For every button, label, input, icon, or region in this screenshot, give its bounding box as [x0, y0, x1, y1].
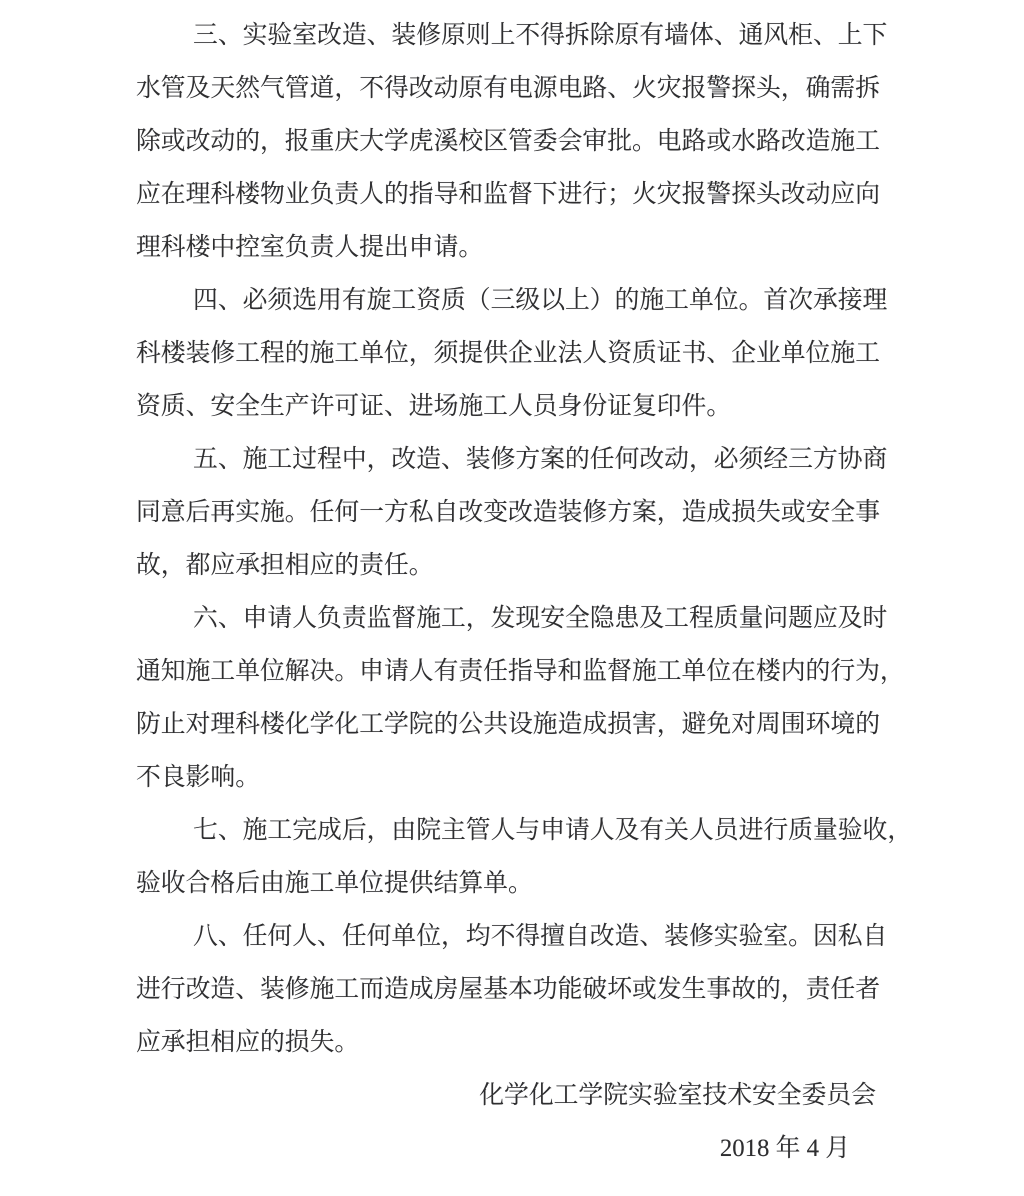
text-line: 除或改动的，报重庆大学虎溪校区管委会审批。电路或水路改造施工: [136, 115, 880, 168]
paragraph-clause-6: 六、申请人负责监督施工，发现安全隐患及工程质量问题应及时 通知施工单位解决。申请…: [136, 592, 880, 804]
document-page: 三、实验室改造、装修原则上不得拆除原有墙体、通风柜、上下 水管及天然气管道，不得…: [0, 0, 1024, 1196]
text-line: 科楼装修工程的施工单位，须提供企业法人资质证书、企业单位施工: [136, 327, 880, 380]
paragraph-clause-8: 八、任何人、任何单位，均不得擅自改造、装修实验室。因私自 进行改造、装修施工而造…: [136, 910, 880, 1069]
text-line: 应承担相应的损失。: [136, 1016, 880, 1069]
text-line: 防止对理科楼化学化工学院的公共设施造成损害，避免对周围环境的: [136, 698, 880, 751]
text-line: 同意后再实施。任何一方私自改变改造装修方案，造成损失或安全事: [136, 486, 880, 539]
paragraph-clause-3: 三、实验室改造、装修原则上不得拆除原有墙体、通风柜、上下 水管及天然气管道，不得…: [136, 9, 880, 274]
text-line: 验收合格后由施工单位提供结算单。: [136, 857, 880, 910]
text-line: 三、实验室改造、装修原则上不得拆除原有墙体、通风柜、上下: [136, 9, 880, 62]
text-line: 七、施工完成后，由院主管人与申请人及有关人员进行质量验收，: [136, 804, 880, 857]
text-line: 进行改造、装修施工而造成房屋基本功能破坏或发生事故的，责任者: [136, 963, 880, 1016]
text-line: 六、申请人负责监督施工，发现安全隐患及工程质量问题应及时: [136, 592, 880, 645]
text-line: 资质、安全生产许可证、进场施工人员身份证复印件。: [136, 380, 880, 433]
text-line: 五、施工过程中，改造、装修方案的任何改动，必须经三方协商: [136, 433, 880, 486]
text-line: 通知施工单位解决。申请人有责任指导和监督施工单位在楼内的行为，: [136, 645, 880, 698]
signature-committee: 化学化工学院实验室技术安全委员会: [136, 1069, 880, 1122]
text-line: 四、必须选用有旋工资质（三级以上）的施工单位。首次承接理: [136, 274, 880, 327]
text-line: 故，都应承担相应的责任。: [136, 539, 880, 592]
text-line: 应在理科楼物业负责人的指导和监督下进行；火灾报警探头改动应向: [136, 168, 880, 221]
text-line: 八、任何人、任何单位，均不得擅自改造、装修实验室。因私自: [136, 910, 880, 963]
text-line: 理科楼中控室负责人提出申请。: [136, 221, 880, 274]
paragraph-clause-4: 四、必须选用有旋工资质（三级以上）的施工单位。首次承接理 科楼装修工程的施工单位…: [136, 274, 880, 433]
text-line: 水管及天然气管道，不得改动原有电源电路、火灾报警探头，确需拆: [136, 62, 880, 115]
text-line: 不良影响。: [136, 751, 880, 804]
paragraph-clause-5: 五、施工过程中，改造、装修方案的任何改动，必须经三方协商 同意后再实施。任何一方…: [136, 433, 880, 592]
document-date: 2018 年 4 月: [136, 1122, 880, 1175]
paragraph-clause-7: 七、施工完成后，由院主管人与申请人及有关人员进行质量验收， 验收合格后由施工单位…: [136, 804, 880, 910]
